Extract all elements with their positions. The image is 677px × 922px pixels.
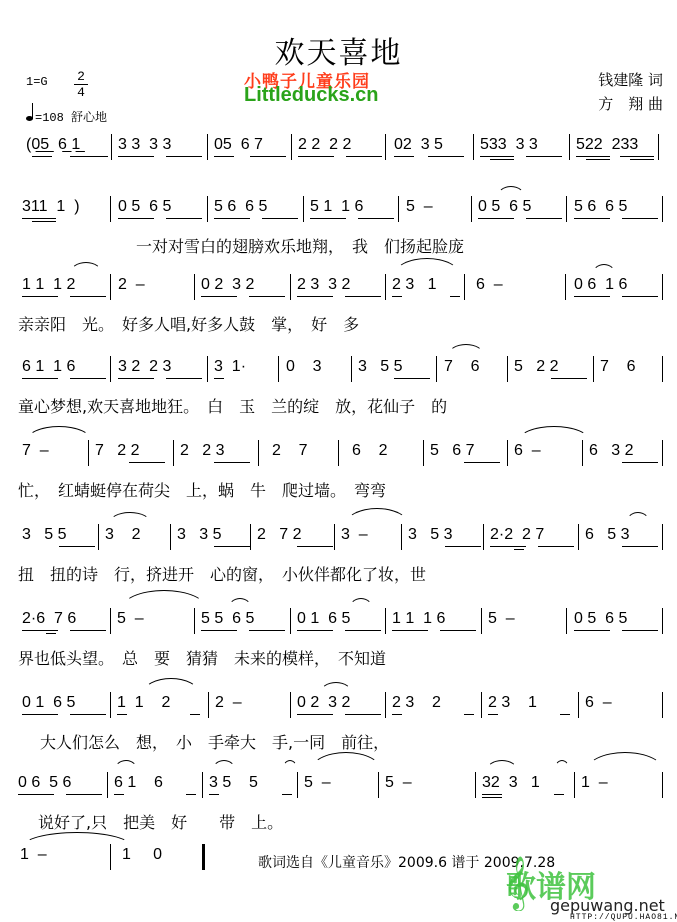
- score-row-9: 0 6 5 6 6 1 6 3 5 5 5 – 5 – 32 3 1 1 – 说…: [0, 766, 677, 830]
- notes: 2·6 7 6 5 – 5 5 6 5 0 1 6 5 1 1 1 6 5 – …: [18, 602, 663, 636]
- time-signature-top: 2: [74, 70, 88, 83]
- tempo-value: =108: [35, 111, 64, 125]
- tempo-expression: 舒心地: [71, 111, 107, 125]
- score-row-6: 3 5 5 3 2 3 3 5 2 7 2 3 – 3 5 3 2·2 2 7 …: [0, 518, 677, 582]
- lyrics-line: 扭 扭的诗 行，挤进开 心的窗， 小伙伴都化了妆，世: [18, 562, 426, 585]
- score-row-5: 7 – 7 2 2 2 2 3 2 7 6 2 5 6 7 6 – 6 3 2 …: [0, 434, 677, 498]
- notes: 3 5 5 3 2 3 3 5 2 7 2 3 – 3 5 3 2·2 2 7 …: [18, 518, 663, 552]
- notes: 0 6 5 6 6 1 6 3 5 5 5 – 5 – 32 3 1 1 – 说…: [18, 766, 663, 800]
- score-row-1: (0̲5̲ 6̲ 1̲ 3 3 3 3 05 6 7 2 2 2 2 02 3 …: [0, 128, 677, 168]
- lyrics-line: 忙， 红蜻蜓停在荷尖 上，蜗 牛 爬过墙。 弯弯: [18, 478, 386, 501]
- lyrics-line: 大人们怎么 想， 小 手牵大 手,一同 前往，: [40, 730, 389, 753]
- score-row-3: 1 1 1 2 2 – 0 2 3 2 2 3 3 2 2 3 1 6 – 0 …: [0, 268, 677, 332]
- key-signature: 1=G: [26, 75, 48, 89]
- tempo-marking: =108 舒心地: [26, 108, 107, 125]
- score-row-2: 311 1 ) 0 5 6 5 5 6 6 5 5 1 1 6 5 – 0 5 …: [0, 190, 677, 250]
- quarter-note-icon: [26, 116, 33, 121]
- lyrics-line: 一对对雪白的翅膀欢乐地翔， 我 们扬起脸庞: [136, 234, 464, 257]
- credits: 钱建隆 词 方 翔 曲: [598, 68, 663, 116]
- notes: 7 – 7 2 2 2 2 3 2 7 6 2 5 6 7 6 – 6 3 2 …: [18, 434, 663, 468]
- lyrics-line: 童心梦想,欢天喜地地狂。 白 玉 兰的绽 放，花仙子 的: [18, 394, 447, 417]
- lyricist-credit: 钱建隆 词: [598, 68, 663, 92]
- time-signature-bottom: 4: [74, 86, 88, 99]
- time-signature: 2 4: [74, 70, 88, 99]
- score-row-4: 6 1 1 6 3 2 2 3 3 1· 0 3 3 5 5 7 6 5 2 2…: [0, 350, 677, 414]
- notes: 1 1 1 2 2 – 0 2 3 2 2 3 3 2 2 3 1 6 – 0 …: [18, 268, 663, 302]
- notes: (0̲5̲ 6̲ 1̲ 3 3 3 3 05 6 7 2 2 2 2 02 3 …: [18, 128, 663, 162]
- score-row-7: 2·6 7 6 5 – 5 5 6 5 0 1 6 5 1 1 1 6 5 – …: [0, 602, 677, 666]
- lyrics-line: 亲亲阳 光。 好多人唱,好多人鼓 掌， 好 多: [18, 312, 359, 335]
- notes: 311 1 ) 0 5 6 5 5 6 6 5 5 1 1 6 5 – 0 5 …: [18, 190, 663, 224]
- notes: 0 1 6 5 1 1 2 2 – 0 2 3 2 2 3 2 2 3 1 6 …: [18, 686, 663, 720]
- song-title: 欢天喜地: [0, 28, 677, 72]
- notes: 6 1 1 6 3 2 2 3 3 1· 0 3 3 5 5 7 6 5 2 2…: [18, 350, 663, 384]
- lyrics-line: 界也低头望。 总 要 猜猜 未来的模样， 不知道: [18, 646, 386, 669]
- composer-credit: 方 翔 曲: [598, 92, 663, 116]
- lyrics-line: 说好了,只 把美 好 带 上。: [38, 810, 283, 833]
- score-row-8: 0 1 6 5 1 1 2 2 – 0 2 3 2 2 3 2 2 3 1 6 …: [0, 686, 677, 750]
- logo-en: Littleducks.cn: [244, 84, 378, 107]
- watermark-url: HTTP://QUPU.HAO81.NET: [570, 913, 677, 922]
